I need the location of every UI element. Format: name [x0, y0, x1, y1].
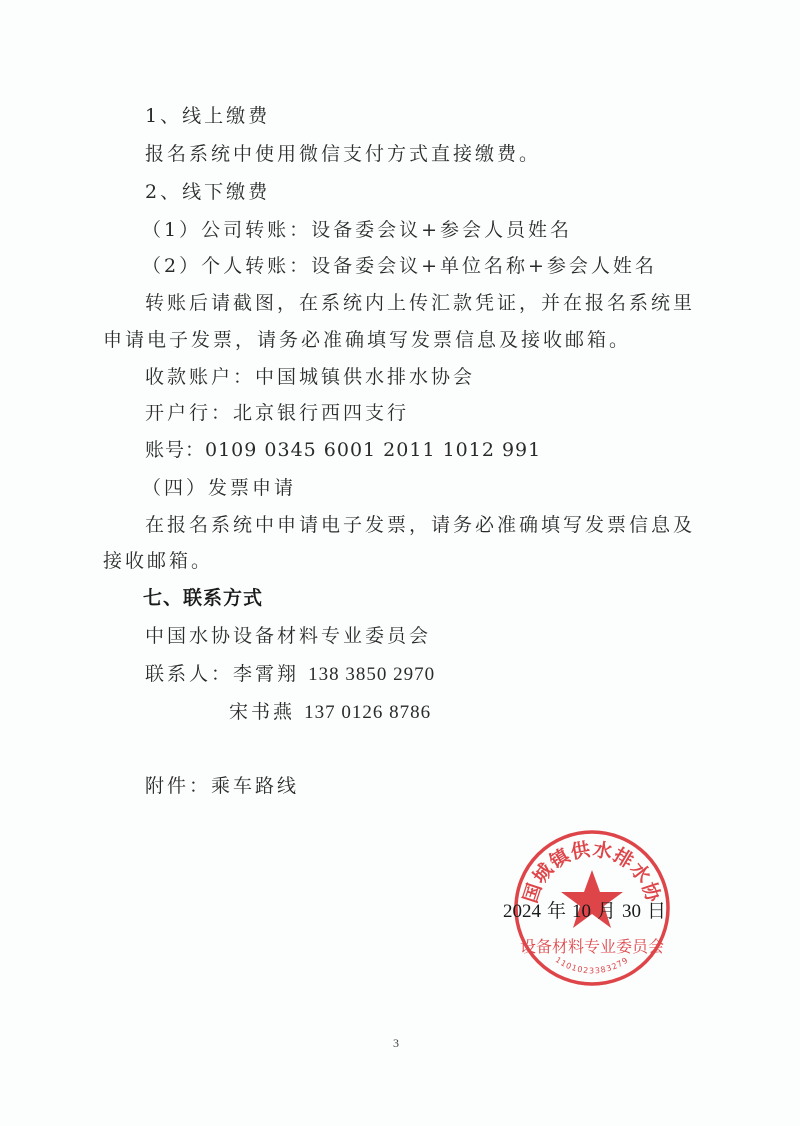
contact-label: 联系人： [145, 663, 233, 685]
svg-text:设备材料专业委员会: 设备材料专业委员会 [520, 937, 664, 956]
date-day: 30 [622, 901, 641, 922]
transfer-instruction-line1: 转账后请截图，在系统内上传汇款凭证，并在报名系统里 [145, 291, 695, 315]
invoice-section-title: （四）发票申请 [142, 476, 296, 500]
date-year-unit: 年 [541, 900, 572, 922]
date-year: 2024 [503, 901, 541, 922]
payee-account: 收款账户：中国城镇供水排水协会 [145, 365, 475, 389]
attachment-note: 附件：乘车路线 [145, 774, 299, 798]
date-month: 10 [572, 901, 591, 922]
contact-person-2: 宋书燕 137 0126 8786 [229, 700, 431, 725]
transfer-instruction-line2: 申请电子发票，请务必准确填写发票信息及接收邮箱。 [103, 328, 631, 352]
date-month-unit: 月 [591, 900, 622, 922]
contact-phone-2: 137 0126 8786 [304, 702, 431, 723]
online-payment-title: 1、线上缴费 [145, 104, 270, 128]
svg-text:1101023383279: 1101023383279 [554, 955, 631, 975]
offline-payment-title: 2、线下缴费 [145, 180, 270, 204]
contact-heading: 七、联系方式 [143, 586, 263, 610]
contact-person-1: 联系人：李霄翔 138 3850 2970 [145, 662, 435, 687]
page-number: 3 [393, 1036, 399, 1051]
company-transfer-note: （1）公司转账：设备委会议+参会人员姓名 [142, 218, 572, 242]
contact-org: 中国水协设备材料专业委员会 [145, 624, 431, 648]
contact-phone-1: 138 3850 2970 [308, 664, 435, 685]
date-day-unit: 日 [641, 900, 672, 922]
document-date: 2024年10月30日 [503, 896, 672, 923]
contact-name-1: 李霄翔 [233, 663, 299, 685]
contact-name-2: 宋书燕 [229, 701, 295, 723]
bank-name: 开户行：北京银行西四支行 [145, 401, 409, 425]
online-payment-desc: 报名系统中使用微信支付方式直接缴费。 [145, 142, 541, 166]
invoice-desc-line2: 接收邮箱。 [103, 549, 213, 573]
personal-transfer-note: （2）个人转账：设备委会议+单位名称+参会人姓名 [142, 254, 657, 278]
account-number: 账号：0109 0345 6001 2011 1012 991 [145, 438, 541, 462]
invoice-desc-line1: 在报名系统中申请电子发票，请务必准确填写发票信息及 [145, 513, 695, 537]
